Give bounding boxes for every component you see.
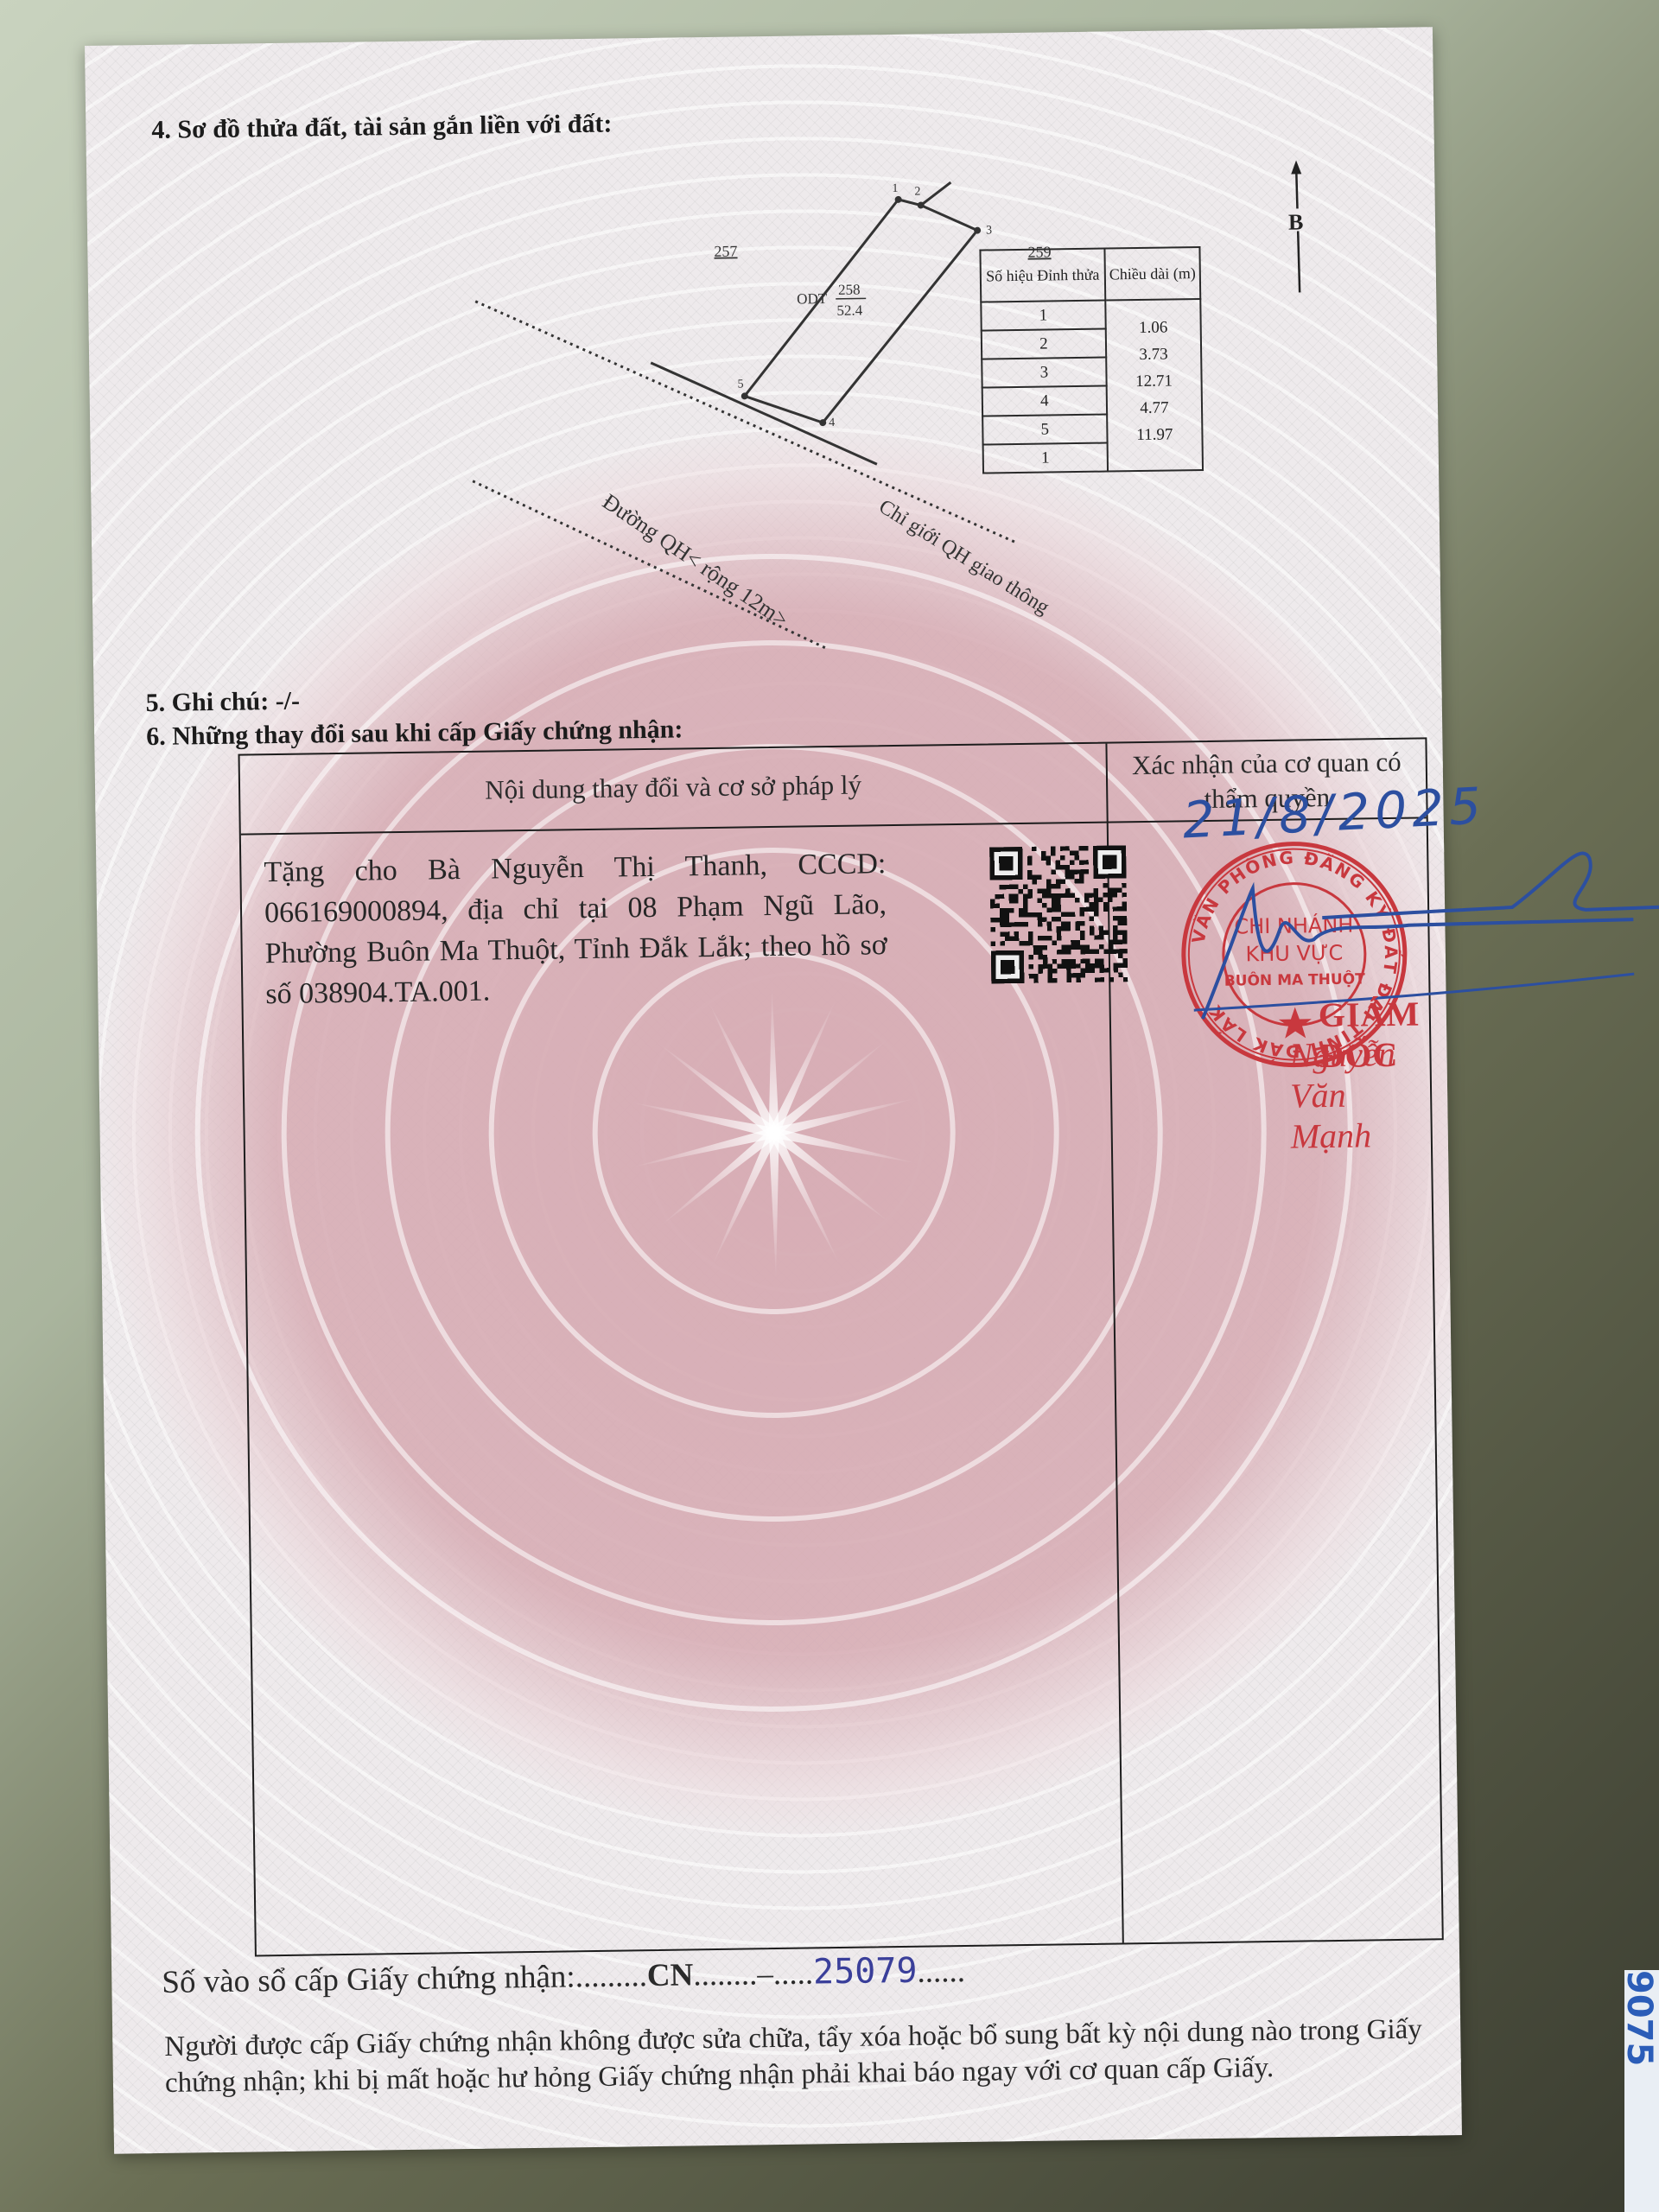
svg-text:B: B xyxy=(1288,209,1304,234)
svg-text:258: 258 xyxy=(838,282,861,298)
section6-title: 6. Những thay đổi sau khi cấp Giấy chứng… xyxy=(146,715,683,752)
vertex-cell: 4 xyxy=(982,386,1107,416)
svg-text:5: 5 xyxy=(737,378,743,391)
vertex-cell: 5 xyxy=(982,415,1107,445)
certificate-page: 4. Sơ đồ thửa đất, tài sản gắn liền với … xyxy=(85,27,1462,2154)
background-paper-strip: 9075 xyxy=(1624,1970,1659,2212)
vertex-table-header-length: Chiều dài (m) xyxy=(1104,247,1200,301)
svg-text:ODT: ODT xyxy=(797,290,828,307)
section4-title: 4. Sơ đồ thửa đất, tài sản gắn liền với … xyxy=(151,109,612,144)
svg-text:1: 1 xyxy=(892,182,898,195)
section5-title: 5. Ghi chú: -/- xyxy=(145,687,300,718)
registry-label: Số vào sổ cấp Giấy chứng nhận: xyxy=(162,1959,575,2000)
svg-text:Chỉ giới QH giao thông: Chỉ giới QH giao thông xyxy=(874,495,1052,619)
registry-number: 25079 xyxy=(813,1951,918,1993)
north-arrow-icon: B xyxy=(1279,158,1315,297)
svg-text:KHU VỰC: KHU VỰC xyxy=(1245,941,1343,967)
vertex-table-header-vertex: Số hiệu Đỉnh thửa xyxy=(980,249,1105,302)
svg-text:4: 4 xyxy=(829,416,835,429)
changes-table: Nội dung thay đổi và cơ sở pháp lý Xác n… xyxy=(238,737,1444,1956)
column-header-content: Nội dung thay đổi và cơ sở pháp lý xyxy=(240,765,1106,811)
svg-text:BUÔN MA THUỘT: BUÔN MA THUỘT xyxy=(1224,969,1366,989)
signer-name: Nguyễn Văn Mạnh xyxy=(1289,1033,1431,1156)
qr-code-icon xyxy=(989,845,1128,983)
change-entry-text: Tặng cho Bà Nguyễn Thị Thanh, CCCD: 0661… xyxy=(264,843,888,1014)
vertex-cell: 1 xyxy=(983,443,1108,474)
svg-text:2: 2 xyxy=(914,186,920,199)
length-cell-column: 1.063.7312.714.7711.97 xyxy=(1105,299,1203,472)
svg-text:CHI NHÁNH: CHI NHÁNH xyxy=(1234,912,1353,939)
svg-text:3: 3 xyxy=(986,224,992,237)
plot-diagram: 1 2 3 4 5 ODT 258 52.4 257 259 Đường QH<… xyxy=(354,162,1071,707)
vertex-cell: 3 xyxy=(982,358,1106,388)
vertex-cell: 2 xyxy=(982,329,1106,359)
warning-notice: Người được cấp Giấy chứng nhận không đượ… xyxy=(164,2012,1427,2101)
registry-line: Số vào sổ cấp Giấy chứng nhận:.........C… xyxy=(162,1950,965,2001)
svg-text:257: 257 xyxy=(714,242,737,259)
vertex-length-table: Số hiệu Đỉnh thửa Chiều dài (m) 1 1.063.… xyxy=(979,246,1204,474)
svg-text:52.4: 52.4 xyxy=(836,302,863,318)
svg-text:Đường QH< rộng 12m>: Đường QH< rộng 12m> xyxy=(598,489,792,632)
vertex-cell: 1 xyxy=(981,301,1105,331)
registry-prefix: CN xyxy=(647,1957,694,1993)
